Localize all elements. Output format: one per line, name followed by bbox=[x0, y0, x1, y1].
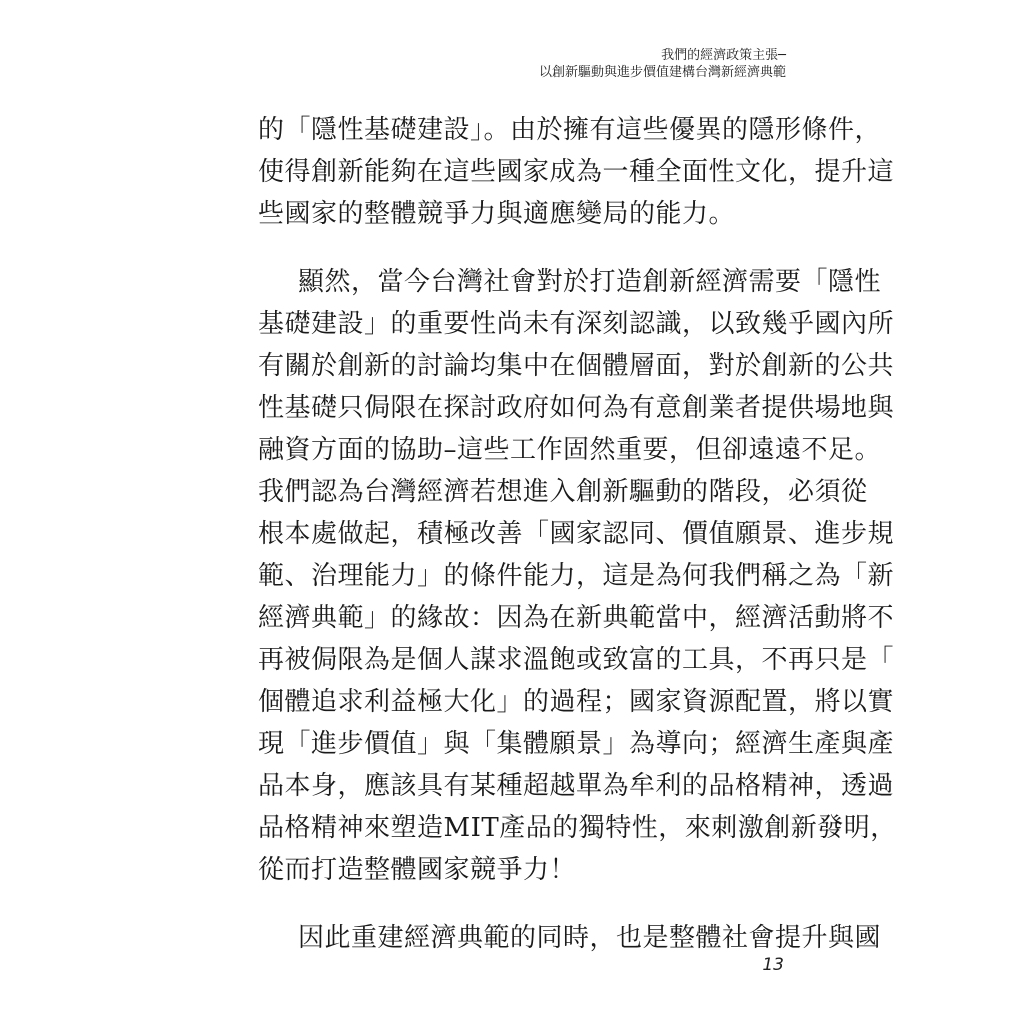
paragraph-gap bbox=[258, 891, 772, 917]
running-header: 我們的經濟政策主張─ 以創新驅動與進步價值建構台灣新經濟典範 bbox=[539, 47, 786, 81]
text-line: 融資方面的協助–這些工作固然重要，但卻遠遠不足。 bbox=[258, 429, 772, 471]
text-line: 根本處做起，積極改善「國家認同、價值願景、進步規 bbox=[258, 513, 772, 555]
text-line: 有關於創新的討論均集中在個體層面，對於創新的公共 bbox=[258, 345, 772, 387]
text-line: 些國家的整體競爭力與適應變局的能力。 bbox=[258, 193, 772, 235]
body-text: 的「隱性基礎建設」。由於擁有這些優異的隱形條件， 使得創新能夠在這些國家成為一種… bbox=[258, 109, 772, 959]
text-line: 範、治理能力」的條件能力，這是為何我們稱之為「新 bbox=[258, 555, 772, 597]
text-line: 從而打造整體國家競爭力！ bbox=[258, 849, 772, 891]
paragraph-gap bbox=[258, 235, 772, 261]
text-line: 品本身，應該具有某種超越單為牟利的品格精神，透過 bbox=[258, 765, 772, 807]
text-line: 個體追求利益極大化」的過程；國家資源配置，將以實 bbox=[258, 681, 772, 723]
text-line: 性基礎只侷限在探討政府如何為有意創業者提供場地與 bbox=[258, 387, 772, 429]
text-line: 現「進步價值」與「集體願景」為導向；經濟生產與產 bbox=[258, 723, 772, 765]
paragraph-3: 因此重建經濟典範的同時，也是整體社會提升與國 bbox=[258, 917, 772, 959]
text-line: 因此重建經濟典範的同時，也是整體社會提升與國 bbox=[258, 917, 772, 959]
paragraph-1: 的「隱性基礎建設」。由於擁有這些優異的隱形條件， 使得創新能夠在這些國家成為一種… bbox=[258, 109, 772, 235]
page-number: 13 bbox=[762, 955, 784, 975]
text-line: 的「隱性基礎建設」。由於擁有這些優異的隱形條件， bbox=[258, 109, 772, 151]
text-line: 基礎建設」的重要性尚未有深刻認識，以致幾乎國內所 bbox=[258, 303, 772, 345]
text-line: 經濟典範」的緣故：因為在新典範當中，經濟活動將不 bbox=[258, 597, 772, 639]
paragraph-2: 顯然，當今台灣社會對於打造創新經濟需要「隱性 基礎建設」的重要性尚未有深刻認識，… bbox=[258, 261, 772, 891]
text-line: 使得創新能夠在這些國家成為一種全面性文化，提升這 bbox=[258, 151, 772, 193]
text-line: 我們認為台灣經濟若想進入創新驅動的階段，必須從 bbox=[258, 471, 772, 513]
running-header-title: 我們的經濟政策主張─ bbox=[539, 47, 786, 64]
text-line: 品格精神來塑造MIT產品的獨特性，來刺激創新發明， bbox=[258, 807, 772, 849]
text-line: 再被侷限為是個人謀求溫飽或致富的工具，不再只是「 bbox=[258, 639, 772, 681]
text-line: 顯然，當今台灣社會對於打造創新經濟需要「隱性 bbox=[258, 261, 772, 303]
running-header-subtitle: 以創新驅動與進步價值建構台灣新經濟典範 bbox=[539, 64, 786, 81]
